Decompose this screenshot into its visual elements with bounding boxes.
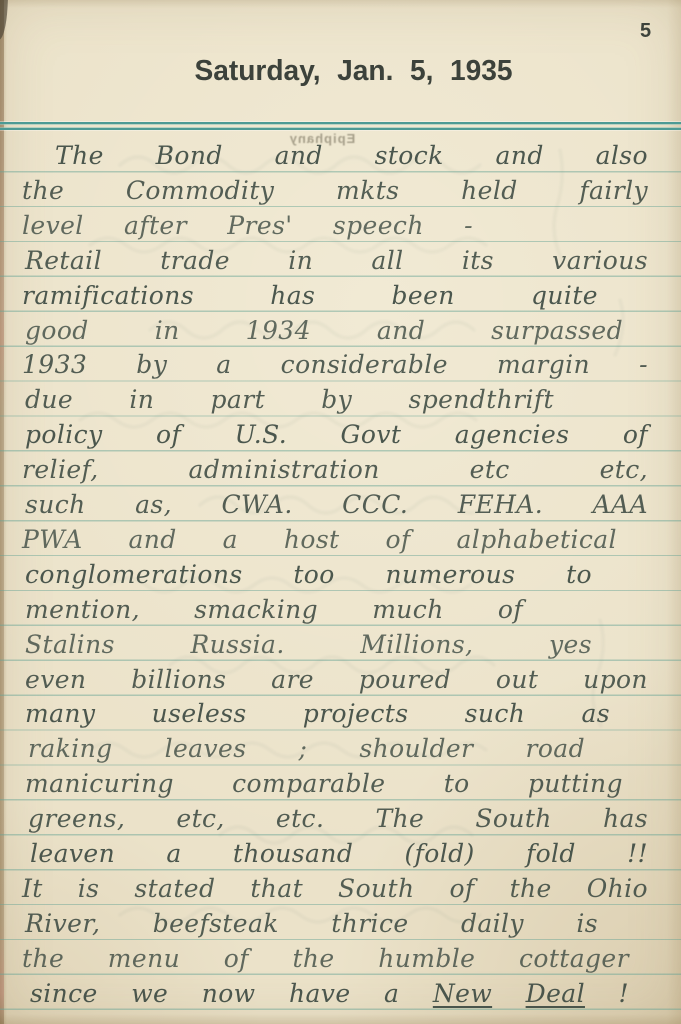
handwritten-line: 1933byaconsiderablemargin- [22,350,648,386]
diary-page: 5 Saturday, Jan. 5, 1935 Epiphany TheBon… [0,0,681,1024]
handwritten-line: relief,administrationetcetc, [22,455,648,491]
handwritten-line: PWAandahostofalphabetical [22,525,617,561]
handwriting-block: TheBondandstockandalsotheCommoditymktshe… [0,0,681,1024]
handwritten-line: dueinpartbyspendthrift [25,385,554,421]
handwritten-line: suchas,CWA.CCC.FEHA.AAA [25,490,648,526]
handwritten-line: conglomerationstoonumerousto [25,560,592,596]
handwritten-line: themenuofthehumblecottager [22,944,629,980]
handwritten-line: policyofU.S.Govtagenciesof [25,420,648,456]
handwritten-line: theCommoditymktsheldfairly [22,176,648,212]
handwritten-line: goodin1934andsurpassed [25,316,623,352]
handwritten-line: levelafterPres'speech- [22,211,473,247]
handwritten-line: leavenathousand(fold)fold!! [30,839,648,875]
handwritten-line: StalinsRussia.Millions,yes [25,630,592,666]
handwritten-line: sincewenowhaveaNewDeal! [30,979,629,1015]
handwritten-line: ramificationshasbeenquite [22,281,598,317]
handwritten-line: TheBondandstockandalso [55,141,648,177]
handwritten-line: River,beefsteakthricedailyis [25,909,598,945]
handwritten-line: rakingleaves;shoulderroad [28,734,585,770]
handwritten-line: Retailtradeinallitsvarious [25,246,648,282]
handwritten-line: manyuselessprojectssuchas [25,699,610,735]
handwritten-line: manicuringcomparabletoputting [25,769,623,805]
handwritten-line: evenbillionsarepouredoutupon [25,665,648,701]
handwritten-line: mention,smackingmuchof [25,595,523,631]
handwritten-line: greens,etc,etc.TheSouthhas [28,804,648,840]
handwritten-line: ItisstatedthatSouthoftheOhio [22,874,648,910]
